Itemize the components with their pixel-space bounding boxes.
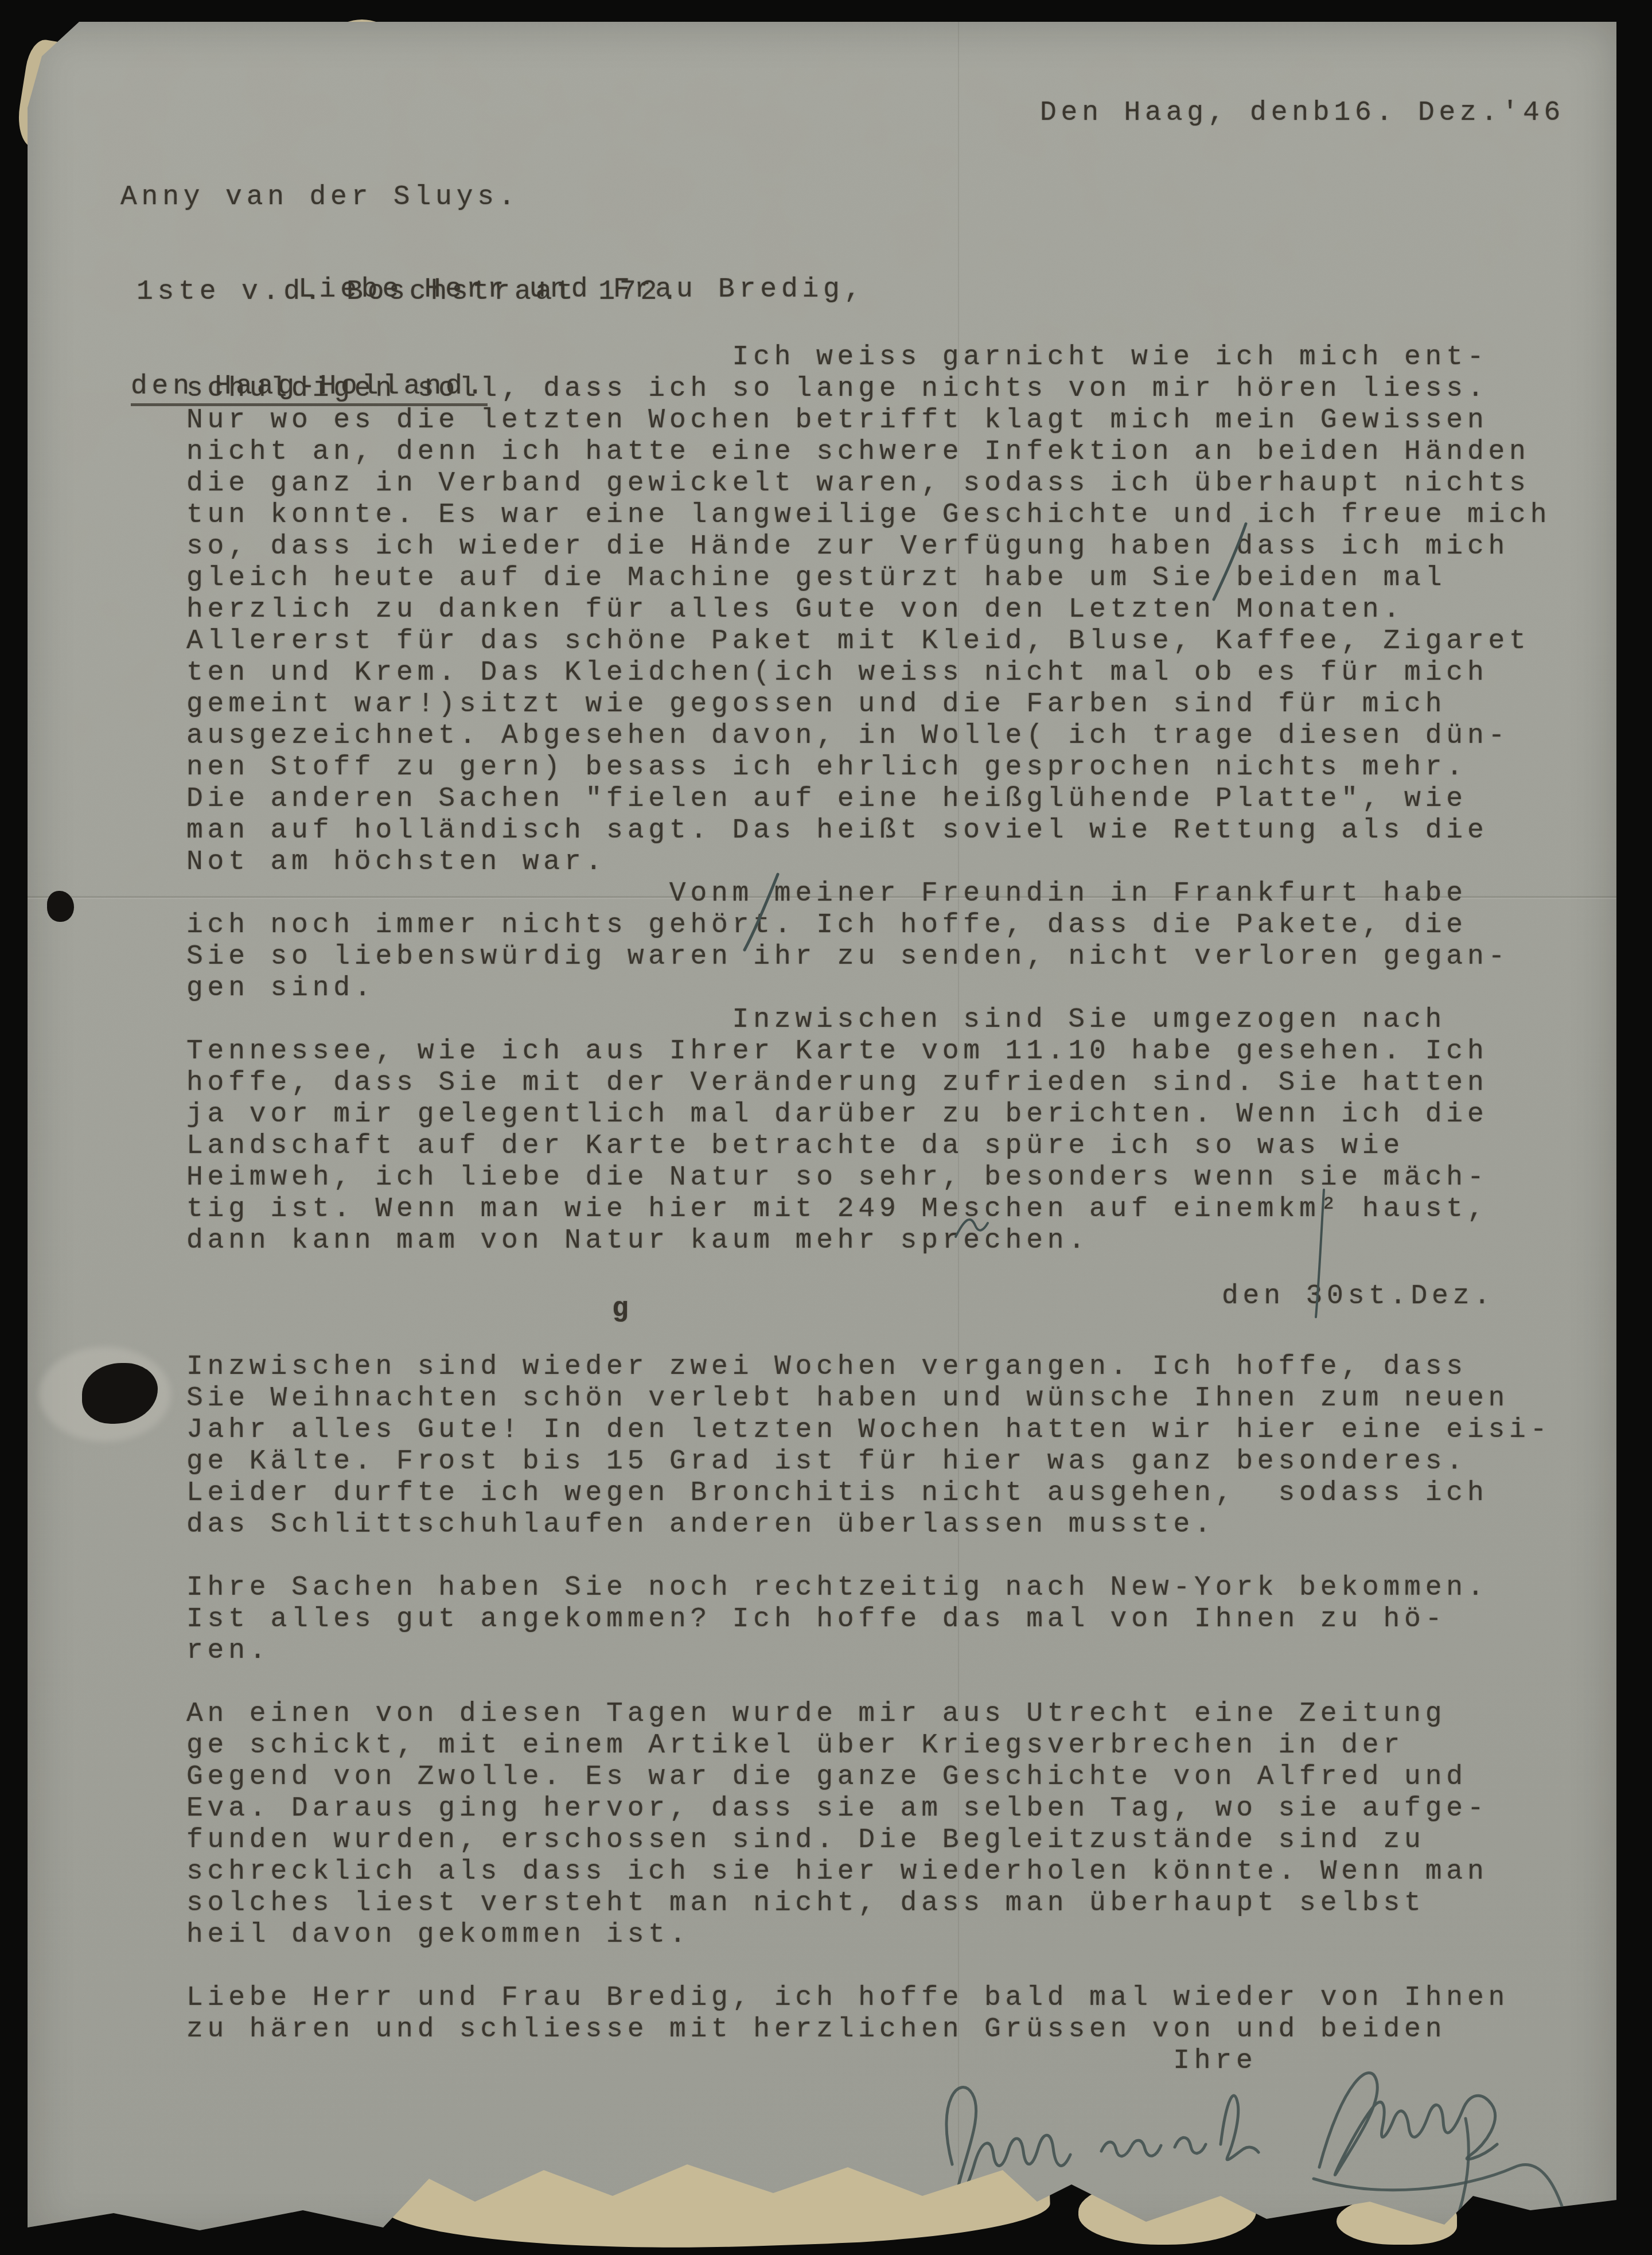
mid-date-line: den 30st.Dez. — [1222, 1281, 1495, 1312]
body-line: zu hären und schliesse mit herzlichen Gr… — [186, 2014, 1551, 2046]
body-line: schrecklich als dass ich sie hier wieder… — [186, 1856, 1551, 1888]
salutation: Liebe Herr und Frau Bredig, — [298, 274, 865, 305]
body-line: Heimweh, ich liebe die Natur so sehr, be… — [186, 1162, 1551, 1194]
body-line — [186, 1951, 1551, 1983]
body-line: heil davon gekommen ist. — [186, 1919, 1551, 1951]
body-line: gemeint war!)sitzt wie gegossen und die … — [186, 689, 1551, 720]
body-line: nicht an, denn ich hatte eine schwere In… — [186, 437, 1551, 468]
body-line: Die anderen Sachen "fielen auf eine heiß… — [186, 784, 1551, 815]
body-line: Eva. Daraus ging hervor, dass sie am sel… — [186, 1793, 1551, 1825]
body-line: Inzwischen sind wieder zwei Wochen verga… — [186, 1352, 1551, 1383]
body-line: ausgezeichnet. Abgesehen davon, in Wolle… — [186, 720, 1551, 752]
body-line: Sie Weihnachten schön verlebt haben und … — [186, 1383, 1551, 1415]
body-line: Allererst für das schöne Paket mit Kleid… — [186, 626, 1551, 657]
punch-hole — [47, 891, 74, 922]
body-line: Ist alles gut angekommen? Ich hoffe das … — [186, 1604, 1551, 1635]
body-line: funden wurden, erschossen sind. Die Begl… — [186, 1825, 1551, 1856]
body-line: gleich heute auf die Machine gestürzt ha… — [186, 563, 1551, 594]
body-line: Gegend von Zwolle. Es war die ganze Gesc… — [186, 1762, 1551, 1793]
stray-overtype-char: g — [612, 1294, 633, 1325]
body-line: ich noch immer nichts gehört. Ich hoffe,… — [186, 910, 1551, 941]
letter-paper: Den Haag, denb16. Dez.'46 Anny van der S… — [28, 22, 1616, 2240]
body-line: Inzwischen sind Sie umgezogen nach — [186, 1004, 1551, 1036]
body-line: Ihre — [186, 2046, 1551, 2077]
body-line: solches liest versteht man nicht, dass m… — [186, 1888, 1551, 1919]
body-line: ten und Krem. Das Kleidchen(ich weiss ni… — [186, 657, 1551, 689]
body-line: Tennessee, wie ich aus Ihrer Karte vom 1… — [186, 1036, 1551, 1068]
body-line: An einen von diesen Tagen wurde mir aus … — [186, 1699, 1551, 1730]
body-line: ge schickt, mit einem Artikel über Krieg… — [186, 1730, 1551, 1762]
body-line: die ganz in Verband gewickelt waren, sod… — [186, 468, 1551, 500]
body-line — [186, 1667, 1551, 1699]
body-line: ren. — [186, 1635, 1551, 1667]
body-line — [186, 1320, 1551, 1352]
body-line: man auf holländisch sagt. Das heißt sovi… — [186, 815, 1551, 847]
body-line: Not am höchsten war. — [186, 847, 1551, 878]
body-line: Sie so liebenswürdig waren ihr zu senden… — [186, 941, 1551, 973]
body-line: gen sind. — [186, 973, 1551, 1004]
body-line: ge Kälte. Frost bis 15 Grad ist für hier… — [186, 1446, 1551, 1478]
body-line: schuldigen soll, dass ich so lange nicht… — [186, 373, 1551, 405]
body-line: ja vor mir gelegentlich mal darüber zu b… — [186, 1099, 1551, 1131]
body-line: Nur wo es die letzten Wochen betrifft kl… — [186, 405, 1551, 437]
date-line: Den Haag, denb16. Dez.'46 — [1040, 98, 1565, 128]
body-line: dann kann mam von Natur kaum mehr sprech… — [186, 1225, 1551, 1257]
sender-name: Anny van der Sluys. — [120, 181, 683, 214]
body-line: herzlich zu danken für alles Gute von de… — [186, 594, 1551, 626]
body-line: tun konnte. Es war eine langweilige Gesc… — [186, 500, 1551, 531]
body-line: hoffe, dass Sie mit der Veränderung zufr… — [186, 1068, 1551, 1099]
body-line: Leider durfte ich wegen Bronchitis nicht… — [186, 1478, 1551, 1509]
body-line: das Schlittschuhlaufen anderen überlasse… — [186, 1509, 1551, 1541]
body-line: Jahr alles Gute! In den letzten Wochen h… — [186, 1415, 1551, 1446]
body-line: Vonm meiner Freundin in Frankfurt habe — [186, 878, 1551, 910]
body-line — [186, 1541, 1551, 1572]
body-line: Ihre Sachen haben Sie noch rechtzeitig n… — [186, 1572, 1551, 1604]
body-line: so, dass ich wieder die Hände zur Verfüg… — [186, 531, 1551, 563]
body-line: Liebe Herr und Frau Bredig, ich hoffe ba… — [186, 1983, 1551, 2014]
scanned-letter-page: Den Haag, denb16. Dez.'46 Anny van der S… — [0, 0, 1652, 2255]
body-line: tig ist. Wenn man wie hier mit 249 Mesch… — [186, 1194, 1551, 1225]
letter-body: Ich weiss garnicht wie ich mich ent-schu… — [186, 342, 1551, 2077]
body-line: Ich weiss garnicht wie ich mich ent- — [186, 342, 1551, 373]
body-line: Landschaft auf der Karte betrachte da sp… — [186, 1131, 1551, 1162]
body-line: nen Stoff zu gern) besass ich ehrlich ge… — [186, 752, 1551, 784]
